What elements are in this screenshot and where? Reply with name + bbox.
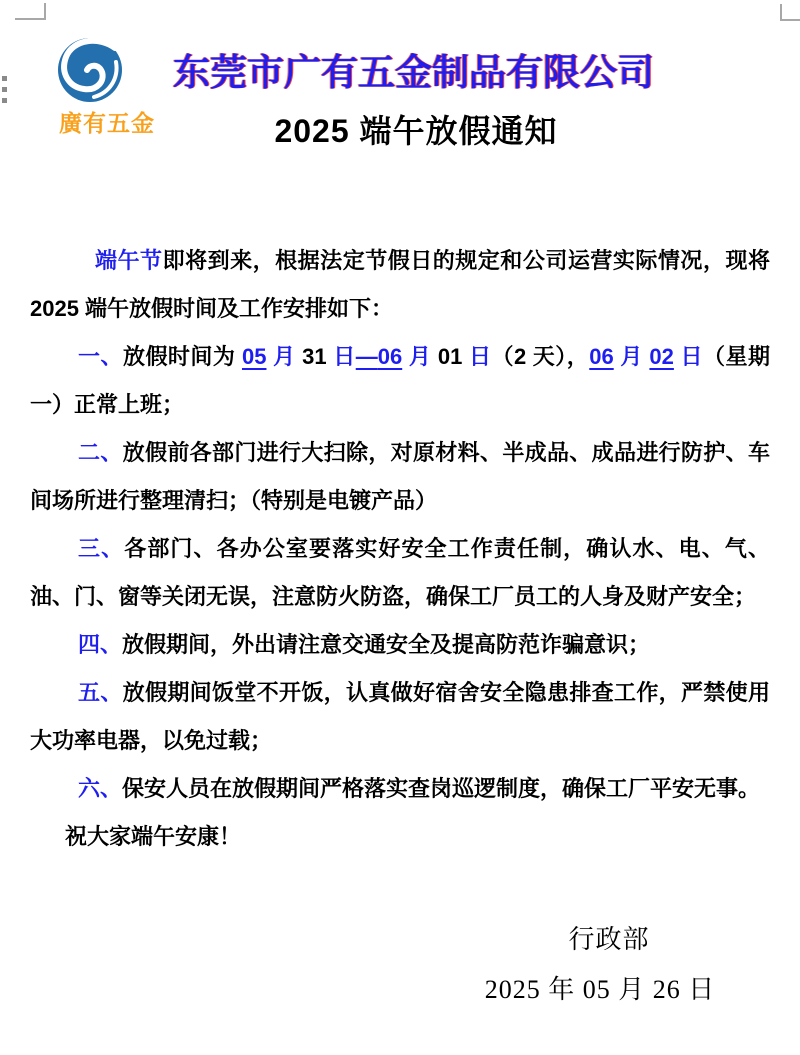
paragraph: 一、放假时间为 05 月 31 日—06 月 01 日（2 天），06 月 02…: [30, 333, 770, 429]
text-run: 放假时间为: [123, 344, 242, 369]
date-underlined-text: 05: [242, 344, 266, 369]
document-body: 端午节即将到来，根据法定节假日的规定和公司运营实际情况，现将 2025 端午放假…: [30, 237, 770, 861]
text-run: 五、: [78, 680, 123, 705]
text-run: 放假前各部门进行大扫除，对原材料、半成品、成品进行防护、车间场所进行整理清扫；（…: [30, 440, 770, 513]
text-run: 六、: [78, 776, 122, 801]
paragraph: 五、放假期间饭堂不开饭，认真做好宿舍安全隐患排查工作，严禁使用大功率电器，以免过…: [30, 669, 770, 765]
date-underlined-text: 06: [378, 344, 402, 369]
signature-department: 行政部: [455, 915, 745, 965]
crop-mark-top-left-icon: [44, 3, 46, 20]
text-run: 日: [674, 344, 703, 369]
crop-mark-top-right-icon: [780, 19, 800, 21]
text-run: 端午节: [95, 248, 163, 273]
text-run: 月: [402, 344, 438, 369]
text-run: 四、: [78, 632, 122, 657]
text-run: 01: [438, 344, 462, 369]
crop-mark-top-left-icon: [15, 18, 46, 20]
text-run: 放假期间，外出请注意交通安全及提高防范诈骗意识；: [122, 632, 650, 657]
doc-title-row: 2025 端午放假通知: [0, 106, 800, 152]
company-name: 东莞市广有五金制品有限公司: [173, 42, 654, 96]
text-run: 各部门、各办公室要落实好安全工作责任制，确认水、电、气、油、门、窗等关闭无误，注…: [30, 536, 770, 609]
date-underlined-text: 02: [649, 344, 673, 369]
paragraph: 端午节即将到来，根据法定节假日的规定和公司运营实际情况，现将 2025 端午放假…: [30, 237, 770, 333]
drag-handle-icon: [2, 76, 8, 109]
text-run: 月: [614, 344, 650, 369]
text-run: （2 天），: [491, 344, 589, 369]
text-run: 二、: [78, 440, 123, 465]
signature-date: 2025 年 05 月 26 日: [455, 965, 745, 1015]
paragraph: 四、放假期间，外出请注意交通安全及提高防范诈骗意识；: [30, 621, 770, 669]
text-run: 一、: [78, 344, 123, 369]
text-run: 三、: [78, 536, 124, 561]
text-run: 31: [302, 344, 326, 369]
text-run: 祝大家端午安康！: [65, 824, 241, 849]
signature-block: 行政部 2025 年 05 月 26 日: [455, 915, 745, 1015]
company-logo-icon: [57, 37, 123, 103]
text-run: 月: [266, 344, 302, 369]
date-underlined-text: —: [356, 344, 378, 369]
doc-title: 2025 端午放假通知: [274, 113, 557, 149]
date-underlined-text: 06: [589, 344, 613, 369]
paragraph: 三、各部门、各办公室要落实好安全工作责任制，确认水、电、气、油、门、窗等关闭无误…: [30, 525, 770, 621]
text-run: 日: [327, 344, 356, 369]
text-run: 放假期间饭堂不开饭，认真做好宿舍安全隐患排查工作，严禁使用大功率电器，以免过载；: [30, 680, 770, 753]
document-page: 廣有五金 东莞市广有五金制品有限公司 2025 端午放假通知 端午节即将到来，根…: [0, 0, 800, 1055]
company-logo: 廣有五金: [57, 37, 167, 103]
paragraph: 二、放假前各部门进行大扫除，对原材料、半成品、成品进行防护、车间场所进行整理清扫…: [30, 429, 770, 525]
paragraph: 祝大家端午安康！: [30, 813, 770, 861]
text-run: 保安人员在放假期间严格落实查岗巡逻制度，确保工厂平安无事。: [122, 776, 760, 801]
text-run: 日: [462, 344, 491, 369]
paragraph: 六、保安人员在放假期间严格落实查岗巡逻制度，确保工厂平安无事。: [30, 765, 770, 813]
